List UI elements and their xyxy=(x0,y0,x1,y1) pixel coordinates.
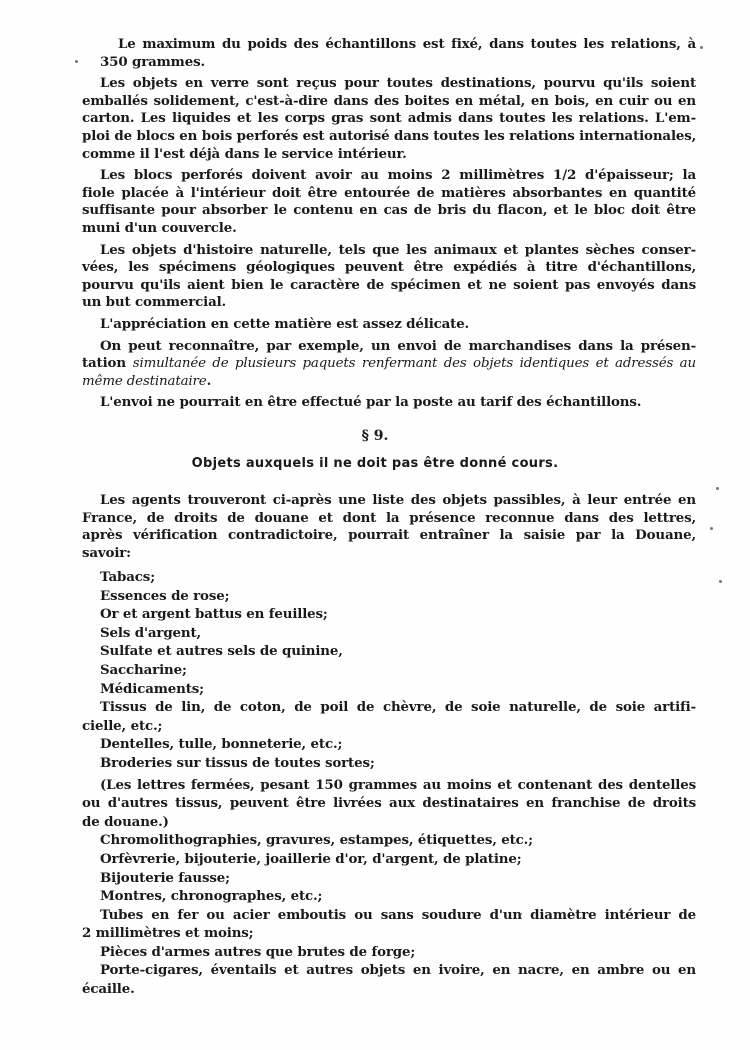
text-line: vées, les spécimens géologiques peuvent … xyxy=(82,259,696,277)
list-item: Saccharine; xyxy=(82,661,696,680)
prohibited-items-list: Tabacs; Essences de rose; Or et argent b… xyxy=(82,568,696,999)
text-roman: tation xyxy=(82,355,133,371)
text-line: On peut reconnaître, par exemple, un env… xyxy=(82,338,696,356)
list-item: Orfèvrerie, bijouterie, joaillerie d'or,… xyxy=(82,850,696,869)
list-item: Or et argent battus en feuilles; xyxy=(82,605,696,624)
scan-speck xyxy=(716,487,719,490)
list-item: Bijouterie fausse; xyxy=(82,869,696,888)
list-note-continuation: de douane.) xyxy=(82,813,696,832)
text-line: emballés solidement, c'est-à-dire dans d… xyxy=(82,93,696,111)
text-line: ploi de blocs en bois perforés est autor… xyxy=(82,128,696,146)
list-item: Sels d'argent, xyxy=(82,624,696,643)
list-item: Tubes en fer ou acier emboutis ou sans s… xyxy=(82,906,696,925)
list-item: Tabacs; xyxy=(82,568,696,587)
text-line: Les objets d'histoire naturelle, tels qu… xyxy=(82,242,696,260)
text-line: fiole placée à l'intérieur doit être ent… xyxy=(82,185,696,203)
section-title: Objets auxquels il ne doit pas être donn… xyxy=(0,456,750,471)
list-item: Tissus de lin, de coton, de poil de chèv… xyxy=(82,698,696,717)
text-line: Le maximum du poids des échantillons est… xyxy=(82,36,696,54)
text-line: tation simultanée de plusieurs paquets r… xyxy=(82,355,696,373)
text-line: Les blocs perforés doivent avoir au moin… xyxy=(82,167,696,185)
text-line: carton. Les liquides et les corps gras s… xyxy=(82,110,696,128)
paragraph-appreciation: L'appréciation en cette matière est asse… xyxy=(82,316,696,334)
list-item: Médicaments; xyxy=(82,680,696,699)
scan-speck xyxy=(719,580,722,583)
paragraph-glass-objects: Les objets en verre sont reçus pour tout… xyxy=(82,75,696,163)
text-line: après vérification contradictoire, pourr… xyxy=(82,527,696,545)
paragraph-max-weight: Le maximum du poids des échantillons est… xyxy=(82,36,696,71)
list-note: (Les lettres fermées, pesant 150 grammes… xyxy=(82,776,696,795)
paragraph-example: On peut reconnaître, par exemple, un env… xyxy=(82,338,696,391)
list-item: Porte-cigares, éventails et autres objet… xyxy=(82,961,696,980)
text-line: Les agents trouveront ci-après une liste… xyxy=(82,492,696,510)
text-line: L'envoi ne pourrait en être effectué par… xyxy=(82,394,696,412)
section-number: § 9. xyxy=(0,428,750,444)
paragraph-agents: Les agents trouveront ci-après une liste… xyxy=(82,492,696,562)
list-item: Chromolithographies, gravures, estampes,… xyxy=(82,831,696,850)
text-roman: . xyxy=(207,373,212,389)
scan-speck xyxy=(700,46,703,49)
list-item: Pièces d'armes autres que brutes de forg… xyxy=(82,943,696,962)
paragraph-perforated-blocks: Les blocs perforés doivent avoir au moin… xyxy=(82,167,696,237)
list-note-continuation: ou d'autres tissus, peuvent être livrées… xyxy=(82,794,696,813)
text-line: un but commercial. xyxy=(82,294,696,312)
document-page: Le maximum du poids des échantillons est… xyxy=(0,0,750,1050)
scan-speck xyxy=(710,527,713,530)
list-item-continuation: écaille. xyxy=(82,980,696,999)
section-intro: Les agents trouveront ci-après une liste… xyxy=(82,492,696,562)
text-line: France, de droits de douane et dont la p… xyxy=(82,510,696,528)
scan-speck xyxy=(75,60,78,63)
text-line: savoir: xyxy=(82,545,696,563)
paragraph-tariff: L'envoi ne pourrait en être effectué par… xyxy=(82,394,696,412)
list-item: Dentelles, tulle, bonneterie, etc.; xyxy=(82,735,696,754)
intro-text: Le maximum du poids des échantillons est… xyxy=(82,36,696,412)
text-italic: simultanée de plusieurs paquets renferma… xyxy=(133,356,696,371)
text-line: pourvu qu'ils aient bien le caractère de… xyxy=(82,277,696,295)
list-item-continuation: 2 millimètres et moins; xyxy=(82,924,696,943)
text-line: même destinataire. xyxy=(82,373,696,391)
text-line: muni d'un couvercle. xyxy=(82,220,696,238)
list-item: Sulfate et autres sels de quinine, xyxy=(82,642,696,661)
list-item: Montres, chronographes, etc.; xyxy=(82,887,696,906)
scan-speck xyxy=(520,913,522,915)
text-line: Les objets en verre sont reçus pour tout… xyxy=(82,75,696,93)
text-line: 350 grammes. xyxy=(82,54,696,72)
text-line: suffisante pour absorber le contenu en c… xyxy=(82,202,696,220)
text-italic: même destinataire xyxy=(82,374,207,389)
text-line: L'appréciation en cette matière est asse… xyxy=(82,316,696,334)
paragraph-natural-history: Les objets d'histoire naturelle, tels qu… xyxy=(82,242,696,312)
list-item: Essences de rose; xyxy=(82,587,696,606)
list-item: Broderies sur tissus de toutes sortes; xyxy=(82,754,696,773)
list-item-continuation: cielle, etc.; xyxy=(82,717,696,736)
text-line: comme il l'est déjà dans le service inté… xyxy=(82,146,696,164)
